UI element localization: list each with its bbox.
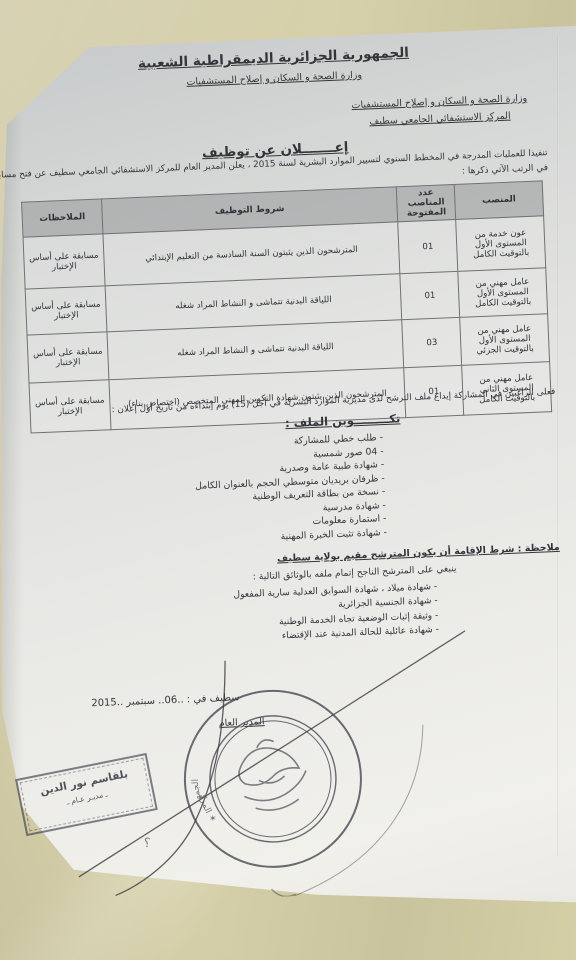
cell-count: 01: [400, 271, 460, 319]
cell-count: 03: [402, 317, 462, 367]
header-right-block: وزارة الصحة و السكان و إصلاح المستشفيات …: [321, 89, 558, 133]
cell-count: 01: [398, 219, 458, 273]
col-header-notes: الملاحظات: [22, 199, 103, 237]
name-stamp: بلقاسم نور الدين ـ مديـر عـام ـ: [15, 753, 158, 836]
cell-notes: مسابقة على أساس الإختبار: [23, 234, 105, 289]
cell-post: عامل مهني من المستوى الأول بالتوقيت الكا…: [458, 268, 548, 318]
cell-post: عون خدمة من المستوى الأول بالتوقيت الكام…: [456, 216, 546, 272]
seal-top-text: الجمهورية الجزائرية الديمقراطية الشعبية: [154, 694, 206, 807]
document-content: الجمهورية الجزائرية الديمقراطية الشعبية …: [0, 19, 576, 907]
svg-text:الجمهورية الجزائرية الديمقراطي: الجمهورية الجزائرية الديمقراطية الشعبية: [154, 694, 206, 807]
note-checklist: - شهادة ميلاد ، شهادة السوابق العدلية سا…: [233, 580, 439, 646]
seal-emblem: [232, 732, 313, 816]
photo-of-document: { "header": { "republic": "الجمهورية الج…: [0, 0, 576, 960]
col-header-post: المنصب: [454, 181, 543, 220]
note-title: ملاحظة : شرط الإقامة أن يكون المترشح مقي…: [277, 542, 560, 565]
cell-notes: مسابقة على أساس الإختبار: [29, 380, 111, 433]
cell-post: عامل مهني من المستوى الأول بالتوقيت الجز…: [460, 314, 550, 366]
file-checklist: - طلب خطي للمشاركة - 04 صور شمسية - شهاد…: [193, 431, 387, 547]
header-center: الجمهورية الجزائرية الديمقراطية الشعبية …: [53, 41, 494, 93]
pen-mark: ؟: [143, 836, 151, 852]
cell-notes: مسابقة على أساس الإختبار: [27, 332, 109, 383]
intro-paragraph-2: في الرتب الآتي ذكرها :: [462, 163, 549, 177]
cell-notes: مسابقة على أساس الإختبار: [25, 286, 107, 335]
col-header-count: عدد المناصب المفتوحة: [396, 184, 455, 221]
